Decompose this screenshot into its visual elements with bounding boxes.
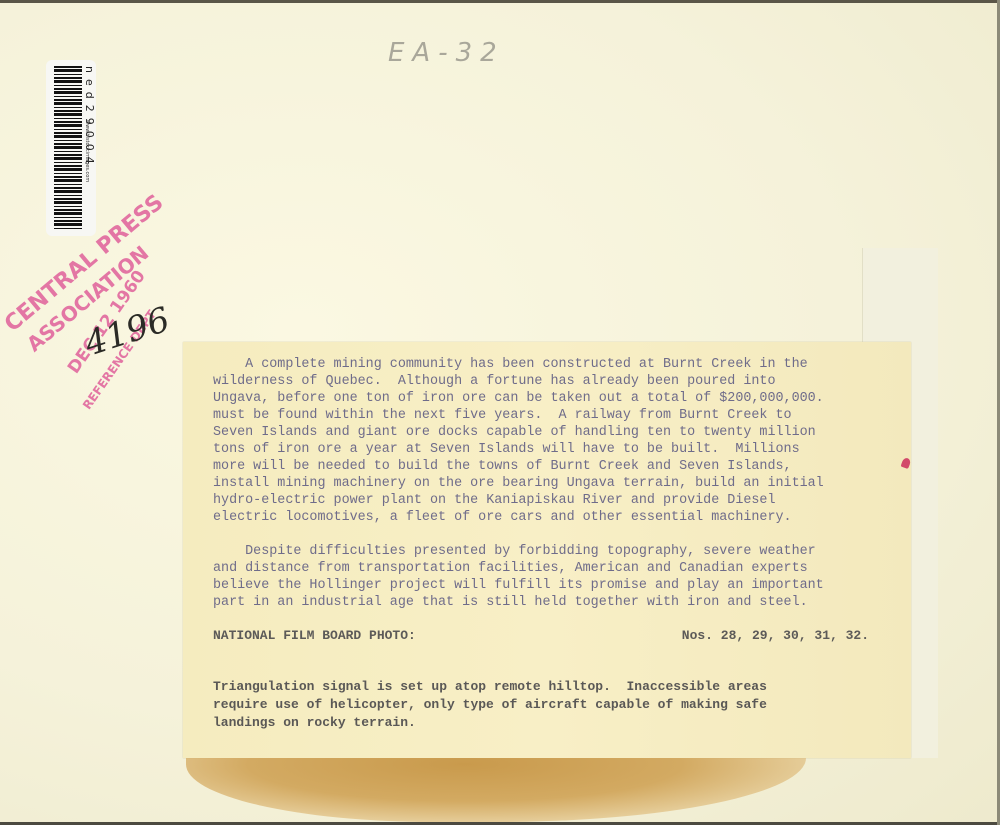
barcode-label: ned29004 www.historicimages.com: [46, 60, 96, 236]
caption-paragraph-2: Despite difficulties presented by forbid…: [213, 543, 893, 611]
photo-credit: NATIONAL FILM BOARD PHOTO:: [213, 628, 416, 643]
photo-top-edge: [0, 0, 1000, 3]
photo-caption: Triangulation signal is set up atop remo…: [213, 678, 767, 732]
caption-body: A complete mining community has been con…: [213, 356, 893, 611]
caption-paragraph-1: A complete mining community has been con…: [213, 356, 893, 526]
barcode-url: www.historicimages.com: [84, 120, 90, 182]
photo-numbers: Nos. 28, 29, 30, 31, 32.: [682, 628, 869, 643]
photo-credit-row: NATIONAL FILM BOARD PHOTO: Nos. 28, 29, …: [213, 628, 869, 643]
typed-caption-sheet: A complete mining community has been con…: [183, 342, 911, 758]
handwritten-reference: EA-32: [388, 38, 505, 68]
